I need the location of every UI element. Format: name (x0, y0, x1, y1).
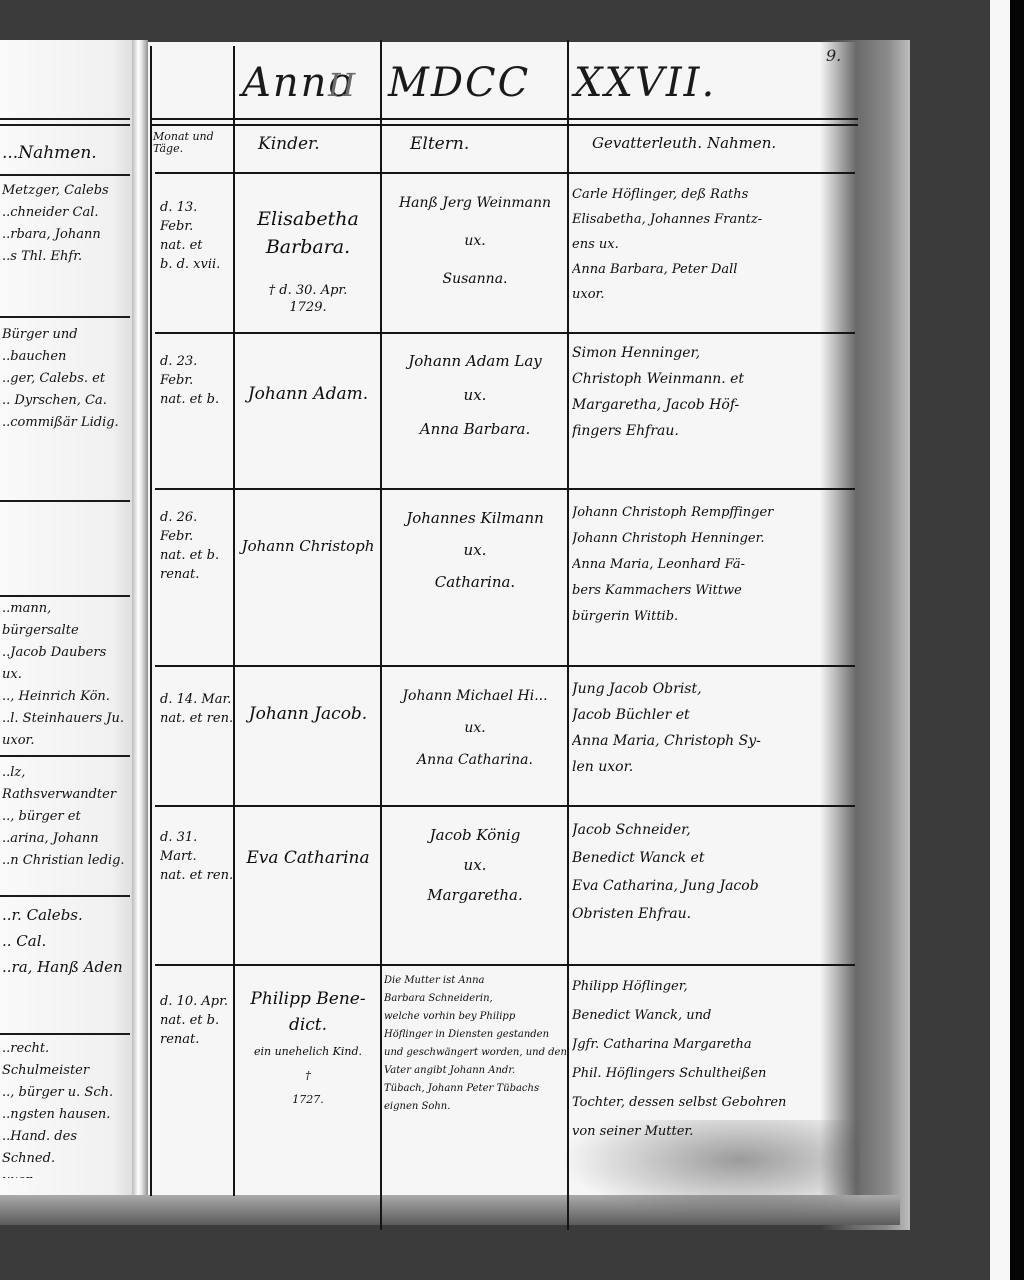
entry-child-name: Johann Jacob. (236, 700, 380, 728)
entry-parents: Johannes Kilmann ux. Catharina. (382, 502, 568, 598)
left-block: ..r. Calebs. .. Cal. ..ra, Hanß Aden (2, 902, 130, 1012)
entry-parents: Johann Adam Lay ux. Anna Barbara. (382, 344, 568, 446)
entry-child-name: Johann Adam. (236, 380, 380, 408)
entry-parents: Jacob König ux. Margaretha. (382, 820, 568, 910)
column-header-date: Monat und Täge. (153, 131, 214, 155)
entry-parents: Hanß Jerg Weinmann ux. Susanna. (382, 184, 568, 298)
entry-godparents: Simon Henninger, Christoph Weinmann. et … (572, 340, 858, 444)
left-page-fragment: ...Nahmen. Metzger, Calebs ..chneider Ca… (0, 40, 140, 1200)
entry-godparents: Carle Höflinger, deß Raths Elisabetha, J… (572, 182, 858, 307)
entry-godparents: Jung Jacob Obrist, Jacob Büchler et Anna… (572, 676, 858, 780)
entry-parents: Johann Michael Hi... ux. Anna Catharina. (382, 680, 568, 776)
left-rule (0, 500, 130, 502)
row-rule (155, 488, 855, 490)
title-year-a: MDCC (388, 60, 530, 106)
grid-line (150, 46, 152, 1196)
header-rule (150, 124, 858, 126)
entry-child-name: Eva Catharina (236, 844, 380, 872)
row-rule (155, 805, 855, 807)
entry-godparents: Philipp Höflinger, Benedict Wanck, und J… (572, 972, 858, 1146)
entry-date: d. 10. Apr. nat. et b. renat. (160, 992, 234, 1049)
entry-date: d. 23. Febr. nat. et b. (160, 352, 234, 409)
left-block: ..mann, bürgersalte ..Jacob Daubers ux. … (2, 598, 130, 753)
left-block: ..lz, Rathsverwandter .., bürger et ..ar… (2, 762, 130, 892)
left-rule (0, 118, 130, 120)
left-rule (0, 1033, 130, 1035)
title-year-b: XXVII. (574, 60, 716, 106)
row-rule (155, 665, 855, 667)
entry-date: d. 13. Febr. nat. et b. d. xvii. (160, 198, 234, 274)
entry-date: d. 26. Febr. nat. et b. renat. (160, 508, 234, 584)
entry-child-note: ein unehelich Kind. † 1727. (236, 1040, 380, 1112)
film-edge-white (990, 0, 1010, 1280)
entry-child-name: Elisabetha Barbara. (236, 205, 380, 261)
entry-parents: Die Mutter ist Anna Barbara Schneiderin,… (384, 972, 568, 1116)
entry-godparents: Johann Christoph Rempffinger Johann Chri… (572, 500, 858, 630)
row-rule (155, 332, 855, 334)
left-block: Metzger, Calebs ..chneider Cal. ..rbara,… (2, 180, 130, 315)
column-header-child: Kinder. (258, 134, 320, 154)
column-header-godparents: Gevatterleuth. Nahmen. (592, 134, 776, 152)
entry-child-name: Johann Christoph (236, 532, 380, 560)
entry-godparents: Jacob Schneider, Benedict Wanck et Eva C… (572, 816, 858, 928)
film-edge-black (1010, 0, 1024, 1280)
left-block: ..recht. Schulmeister .., bürger u. Sch.… (2, 1038, 130, 1178)
left-rule (0, 124, 130, 126)
entry-date: d. 31. Mart. nat. et ren. (160, 828, 234, 885)
entry-date: d. 14. Mar. nat. et ren. (160, 690, 234, 728)
header-rule (150, 118, 858, 120)
left-rule (0, 755, 130, 757)
title-faded-overprint: II (328, 66, 357, 104)
row-rule (155, 172, 855, 174)
book-gutter (132, 40, 148, 1210)
column-header-parents: Eltern. (410, 134, 469, 154)
left-rule (0, 174, 130, 176)
entry-child-name: Philipp Bene- dict. (236, 986, 380, 1038)
left-column-header: ...Nahmen. (2, 143, 97, 163)
left-rule (0, 316, 130, 318)
page-number: 9. (826, 46, 841, 65)
row-rule (155, 964, 855, 966)
left-rule (0, 595, 130, 597)
entry-child-note: † d. 30. Apr. 1729. (236, 282, 380, 316)
left-rule (0, 895, 130, 897)
left-block: Bürger und ..bauchen ..ger, Calebs. et .… (2, 324, 130, 474)
